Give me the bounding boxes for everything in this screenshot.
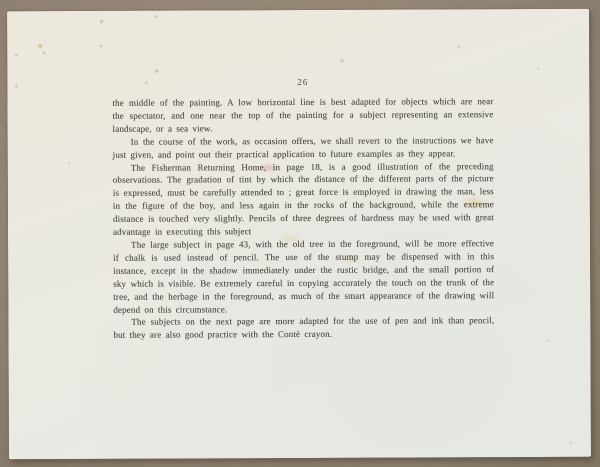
paragraph: The large subject in page 43, with the o… [113,237,494,316]
paragraph: In the course of the work, as occasion o… [113,134,494,161]
foxing-spot [99,19,104,24]
foxing-spot [99,44,103,48]
book-page: 26 the middle of the painting. A low hor… [7,9,591,460]
page-number: 26 [112,76,493,88]
text-area: 26 the middle of the painting. A low hor… [112,76,494,342]
foxing-spot [154,15,158,19]
foxing-spot [42,51,46,55]
foxing-spot [545,339,549,343]
mount-background: 26 the middle of the painting. A low hor… [0,0,600,467]
foxing-spot [154,69,159,74]
foxing-spot [569,441,573,445]
foxing-spot [456,44,461,49]
foxing-spot [14,53,18,57]
paragraph: The subjects on the next page are more a… [113,315,494,342]
foxing-spot [68,161,72,165]
paragraphs-container: the middle of the painting. A low horizo… [112,95,494,342]
paragraph: the middle of the painting. A low horizo… [112,95,493,135]
foxing-spot [37,43,43,49]
foxing-spot [536,67,540,71]
foxing-spot [14,84,18,88]
foxing-spot [339,58,345,64]
paragraph: The Fisherman Returning Home, in page 18… [113,160,494,239]
